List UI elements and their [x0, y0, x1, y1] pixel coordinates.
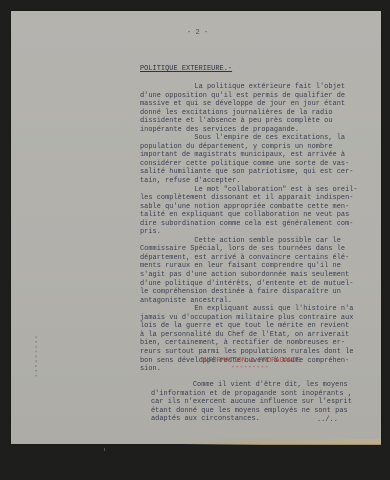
continuation-mark: ../..: [317, 416, 338, 425]
margin-stamp: 1 4 M A R 1 9 4 1: [35, 336, 41, 377]
text-line: d'une opposition qu'il est permis de qua…: [140, 92, 358, 101]
document-page: - 2 - 1 4 M A R 1 9 4 1 POLITIQUE EXTERI…: [11, 11, 381, 444]
text-line: lois de la guerre et que tout le mérite …: [140, 322, 358, 331]
text-line: considérer cette politique comme une sor…: [140, 160, 358, 169]
text-line: Cette action semble possible car le: [140, 237, 358, 246]
text-line: à la personnalité du Chef de l'Etat, on …: [140, 331, 358, 340]
text-line: s'agit pas d'une action subordonnée mais…: [140, 271, 358, 280]
text-line: car ils n'exercent aucune influence sur …: [151, 398, 352, 407]
text-line: dissidente et l'absence à peu près compl…: [140, 117, 358, 126]
text-line: Comme il vient d'être dit, les moyens: [151, 381, 352, 390]
text-line: les complètement dissonant et il apparai…: [140, 194, 358, 203]
text-line: tain, refuse d'accepter.: [140, 177, 358, 186]
heading-underline-dashes: ---------: [231, 364, 269, 373]
text-line: d'une politique d'intérêts, d'entente et…: [140, 280, 358, 289]
paper-stain-edge: [181, 439, 381, 445]
text-line: d'information et de propagande sont inop…: [151, 390, 352, 399]
text-line: pris.: [140, 228, 358, 237]
text-line: important de magistrats municipaux, est …: [140, 151, 358, 160]
text-line: donné les excitations journalières de la…: [140, 109, 358, 118]
page-number: - 2 -: [187, 29, 208, 38]
text-line: reurs surtout parmi les populations rura…: [140, 348, 358, 357]
text-line: bien, certainement, à rectifier de nombr…: [140, 339, 358, 348]
text-line: antagoniste ancestral.: [140, 297, 358, 306]
section-body-politique-exterieure: La politique extérieure fait l'objetd'un…: [140, 83, 358, 374]
text-line: En expliquant aussi que l'histoire n'a: [140, 305, 358, 314]
text-line: étant donné que les moyens employés ne s…: [151, 407, 352, 416]
text-line: massive et qui se développe de jour en j…: [140, 100, 358, 109]
text-line: Commissaire Spécial, lors de ses tournée…: [140, 245, 358, 254]
text-line: Le mot "collaboration" est à ses oreil-: [140, 186, 358, 195]
text-line: jamais vu d'occupation militaire plus co…: [140, 314, 358, 323]
text-line: le compréhension destinée à faire dispar…: [140, 288, 358, 297]
paper-speck: [104, 448, 105, 451]
text-line: département, est arrivé à convaincre cer…: [140, 254, 358, 263]
section-heading-politique-exterieure: POLITIQUE EXTERIEURE.-: [140, 65, 232, 74]
text-line: population du département, y compris un …: [140, 143, 358, 152]
text-line: ments ruraux en leur faisant comprendre …: [140, 262, 358, 271]
text-line: Sous l'empire de ces excitations, la: [140, 134, 358, 143]
text-line: salité humiliante que son patriotisme, q…: [140, 168, 358, 177]
text-line: talité en expliquant que collaboration n…: [140, 211, 358, 220]
text-line: La politique extérieure fait l'objet: [140, 83, 358, 92]
text-line: dire subordination comme cela est généra…: [140, 220, 358, 229]
text-line: sable qu'une notion appropriée combatte …: [140, 203, 358, 212]
text-line: inopérante des services de propagande.: [140, 126, 358, 135]
